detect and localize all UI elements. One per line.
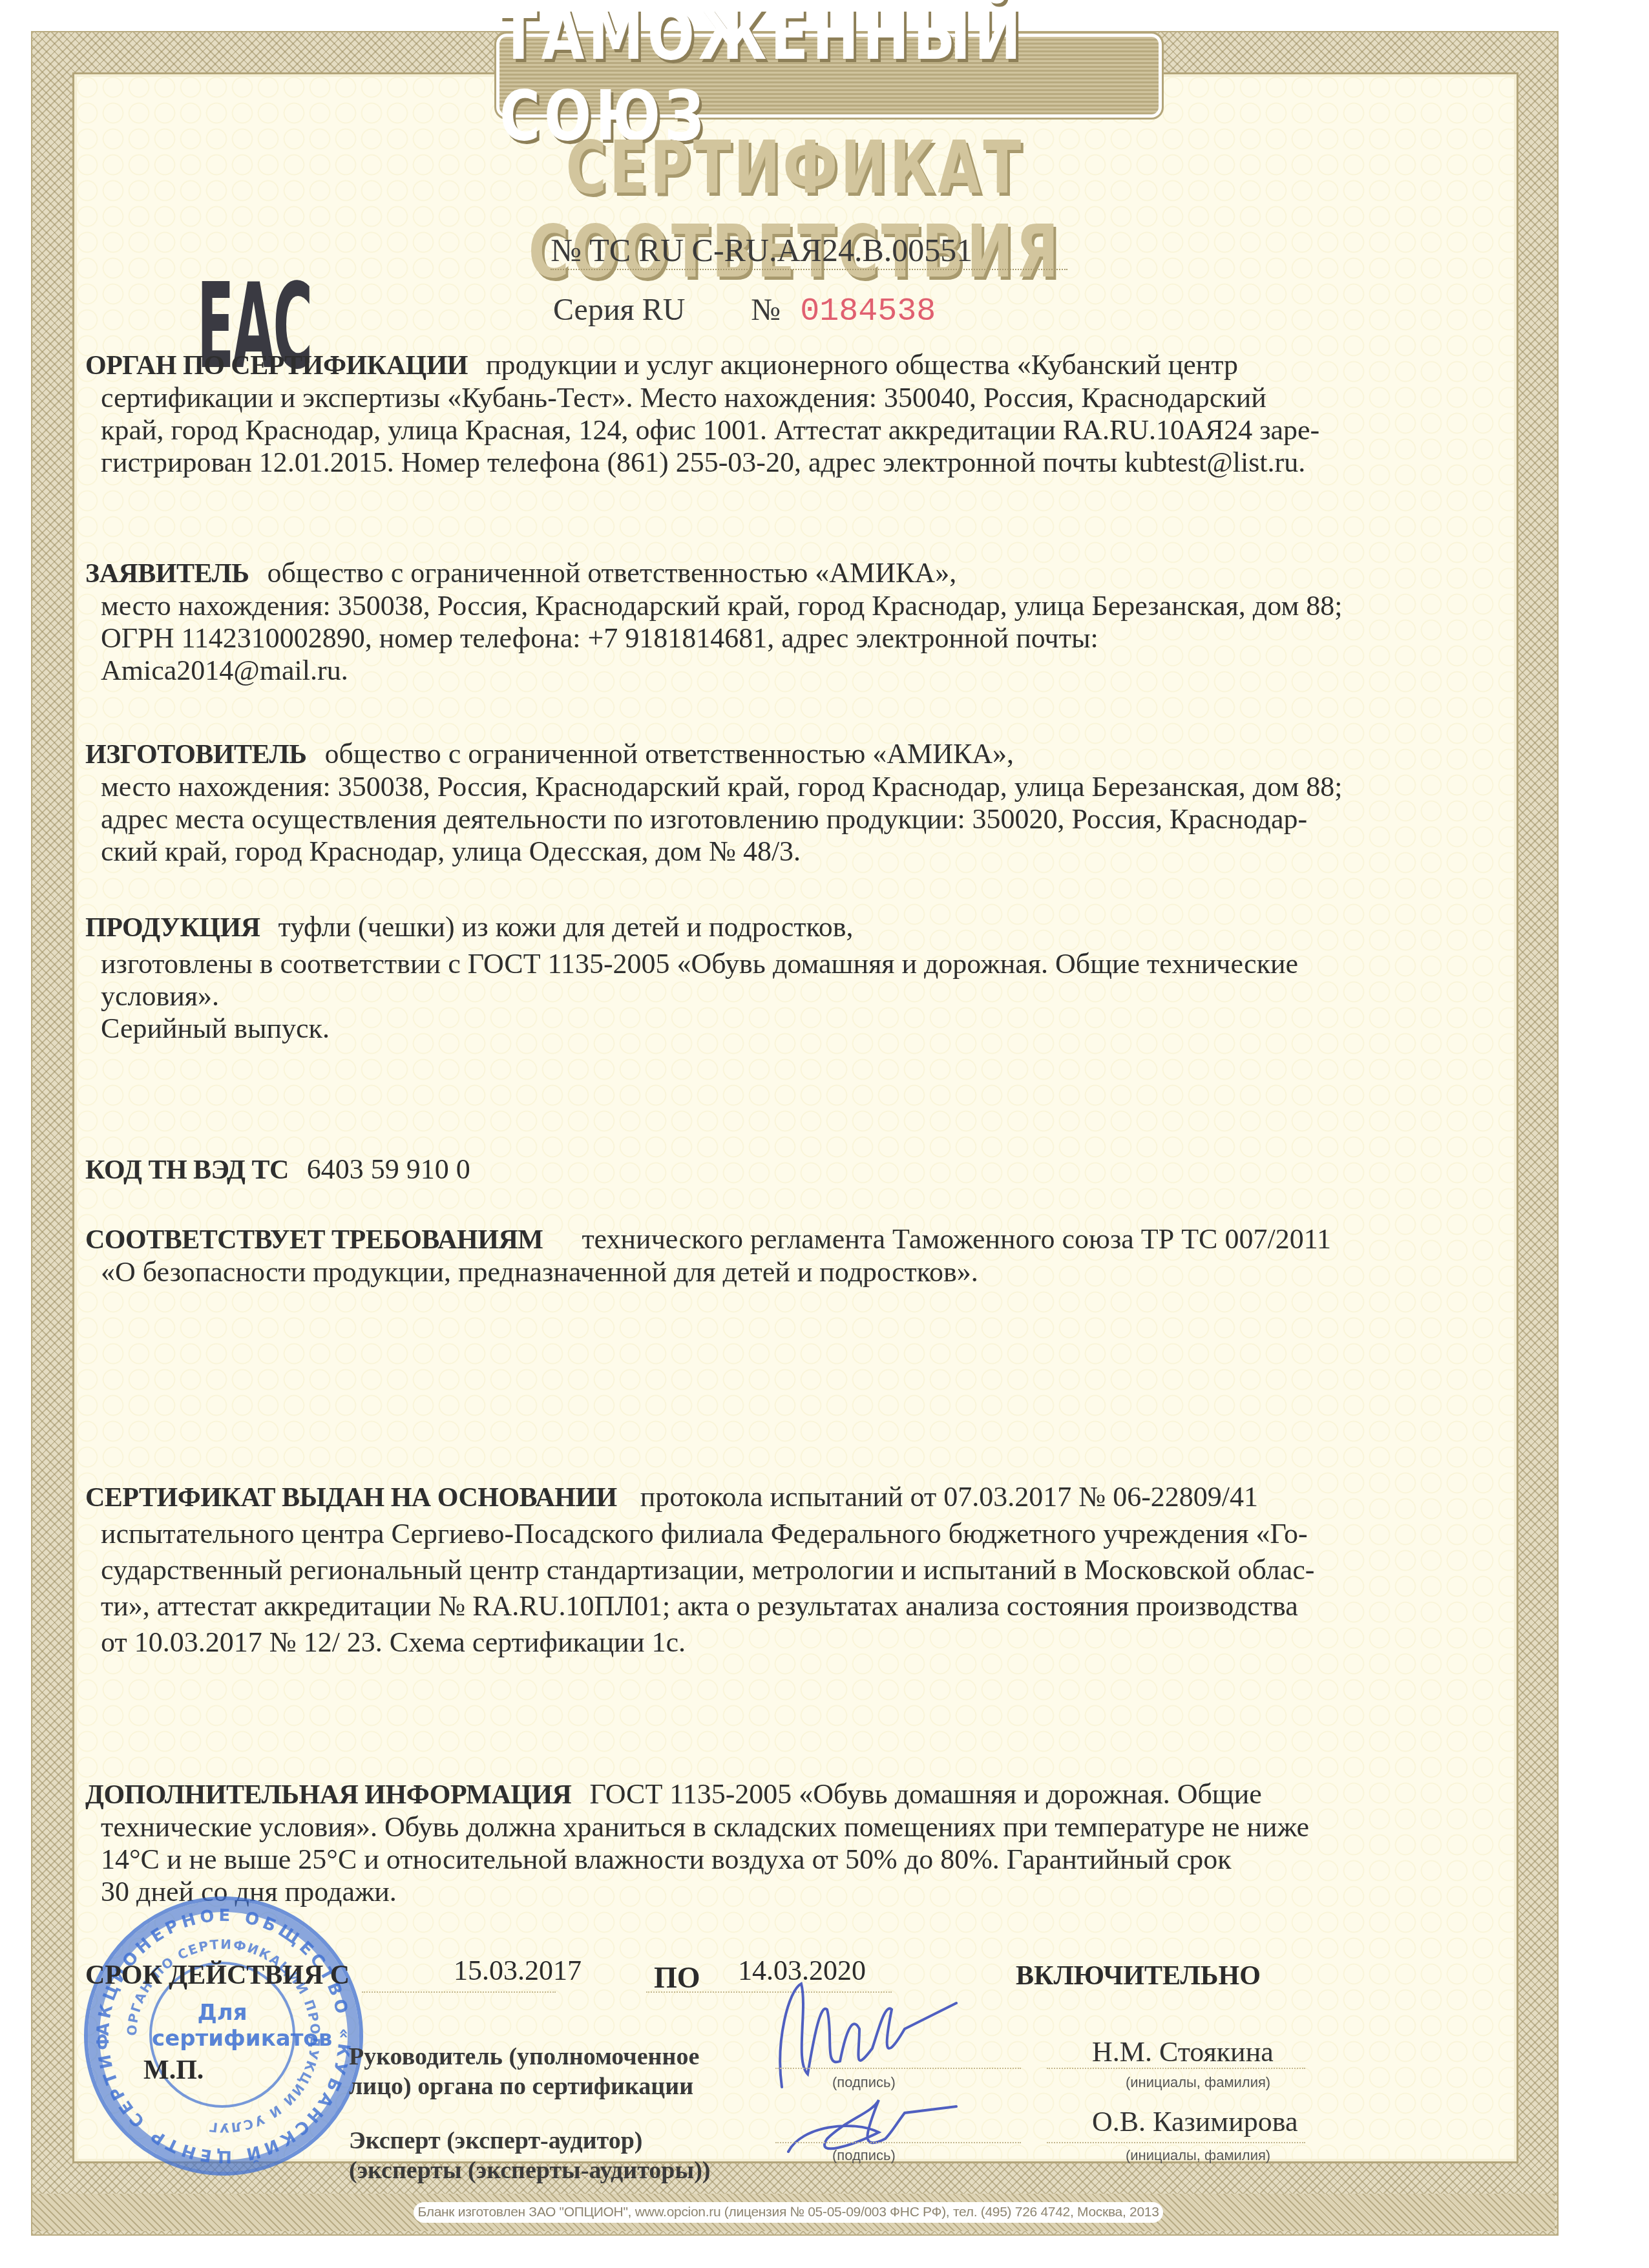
validity-label: СРОК ДЕЙСТВИЯ С <box>85 1960 350 1990</box>
inclusive-label: ВКЛЮЧИТЕЛЬНО <box>1016 1960 1261 1991</box>
section-text: «О безопасности продукции, предназначенн… <box>85 1256 1507 1288</box>
stamp-line: сертификатов <box>152 2026 293 2052</box>
section-label: ЗАЯВИТЕЛЬ <box>85 559 249 589</box>
label-line: (эксперты (эксперты-аудиторы)) <box>349 2156 710 2185</box>
section-label: СЕРТИФИКАТ ВЫДАН НА ОСНОВАНИИ <box>85 1483 617 1513</box>
certification-body-section: ОРГАН ПО СЕРТИФИКАЦИИпродукции и услуг а… <box>85 349 1507 479</box>
series-label: Серия <box>553 293 635 327</box>
head-signatory-label: Руководитель (уполномоченное лицо) орган… <box>349 2042 699 2101</box>
section-text: ГОСТ 1135-2005 «Обувь домашняя и дорожна… <box>589 1778 1261 1810</box>
label-line: Эксперт (эксперт-аудитор) <box>349 2126 710 2156</box>
series-value: RU <box>642 293 686 327</box>
section-text: адрес места осуществления деятельности п… <box>85 803 1507 835</box>
section-text: место нахождения: 350038, Россия, Красно… <box>85 771 1507 803</box>
stamp-center-text: Для сертификатов <box>152 2000 293 2052</box>
section-label: ПРОДУКЦИЯ <box>85 913 260 943</box>
section-label: ИЗГОТОВИТЕЛЬ <box>85 740 307 770</box>
serial-sign: № <box>751 293 781 327</box>
series-row: Серия RU № 0184538 <box>553 292 936 330</box>
additional-info-section: ДОПОЛНИТЕЛЬНАЯ ИНФОРМАЦИЯГОСТ 1135-2005 … <box>85 1778 1507 1908</box>
section-text: технического регламента Таможенного союз… <box>582 1223 1331 1255</box>
section-text: испытательного центра Сергиево-Посадског… <box>85 1518 1507 1550</box>
expert-signatory-label: Эксперт (эксперт-аудитор) (эксперты (экс… <box>349 2126 710 2185</box>
stamp-line: Для <box>152 2000 293 2026</box>
serial-number: 0184538 <box>800 293 936 330</box>
signature-caption: (подпись) <box>832 2147 896 2164</box>
micro-text-line <box>775 2068 1021 2069</box>
section-label: ДОПОЛНИТЕЛЬНАЯ ИНФОРМАЦИЯ <box>85 1780 571 1810</box>
micro-text-line <box>1047 2142 1305 2143</box>
hs-code-value: 6403 59 910 0 <box>307 1153 470 1185</box>
printer-note: Бланк изготовлен ЗАО "ОПЦИОН", www.opcio… <box>414 2202 1163 2223</box>
signature-caption: (подпись) <box>832 2074 896 2091</box>
expert-name: О.В. Казимирова <box>1092 2105 1297 2138</box>
section-text: общество с ограниченной ответственностью… <box>325 738 1014 770</box>
basis-section: СЕРТИФИКАТ ВЫДАН НА ОСНОВАНИИпротокола и… <box>85 1481 1507 1659</box>
section-text: от 10.03.2017 № 12/ 23. Схема сертификац… <box>85 1626 1507 1659</box>
certificate-number: № ТС RU C-RU.АЯ24.В.00551 <box>551 231 972 269</box>
section-text: ОГРН 1142310002890, номер телефона: +7 9… <box>85 622 1507 655</box>
section-text: сертификации и экспертизы «Кубань-Тест».… <box>85 382 1507 414</box>
official-stamp: АКЦИОНЕРНОЕ ОБЩЕСТВО «КУБАНСКИЙ ЦЕНТР СЕ… <box>84 1896 363 2176</box>
micro-text-line <box>362 1991 556 1993</box>
valid-to-label: ПО <box>654 1960 700 1995</box>
name-caption: (инициалы, фамилия) <box>1126 2074 1270 2091</box>
section-text: изготовлены в соответствии с ГОСТ 1135-2… <box>85 948 1507 980</box>
section-text: общество с ограниченной ответственностью… <box>268 557 957 589</box>
applicant-section: ЗАЯВИТЕЛЬобщество с ограниченной ответст… <box>85 557 1507 687</box>
compliance-section: СООТВЕТСТВУЕТ ТРЕБОВАНИЯМтехнического ре… <box>85 1223 1507 1288</box>
section-text: продукции и услуг акционерного общества … <box>486 349 1238 381</box>
section-label: КОД ТН ВЭД ТС <box>85 1155 289 1185</box>
section-text: место нахождения: 350038, Россия, Красно… <box>85 590 1507 622</box>
head-name: Н.М. Стоякина <box>1092 2035 1274 2068</box>
section-text: сударственный региональный центр стандар… <box>85 1554 1507 1586</box>
section-text: гистрирован 12.01.2015. Номер телефона (… <box>85 446 1507 479</box>
valid-from: 15.03.2017 <box>454 1954 582 1987</box>
section-text: технические условия». Обувь должна храни… <box>85 1811 1507 1843</box>
manufacturer-section: ИЗГОТОВИТЕЛЬобщество с ограниченной отве… <box>85 738 1507 868</box>
section-text: протокола испытаний от 07.03.2017 № 06-2… <box>640 1481 1258 1513</box>
micro-text-line <box>775 2142 1021 2143</box>
section-label: СООТВЕТСТВУЕТ ТРЕБОВАНИЯМ <box>85 1225 543 1255</box>
stamp-place-label: М.П. <box>143 2055 204 2086</box>
section-text: ский край, город Краснодар, улица Одесск… <box>85 835 1507 868</box>
section-text: 14°С и не выше 25°С и относительной влаж… <box>85 1843 1507 1876</box>
section-label: ОРГАН ПО СЕРТИФИКАЦИИ <box>85 351 468 381</box>
section-text: край, город Краснодар, улица Красная, 12… <box>85 414 1507 446</box>
section-text: Серийный выпуск. <box>85 1013 1507 1045</box>
name-caption: (инициалы, фамилия) <box>1126 2147 1270 2164</box>
section-text: Amica2014@mail.ru. <box>85 655 1507 687</box>
product-section: ПРОДУКЦИЯтуфли (чешки) из кожи для детей… <box>85 911 1507 1045</box>
section-text: ти», аттестат аккредитации № RA.RU.10ПЛ0… <box>85 1590 1507 1622</box>
section-text: туфли (чешки) из кожи для детей и подрос… <box>278 911 854 943</box>
hs-code-section: КОД ТН ВЭД ТС6403 59 910 0 <box>85 1153 1507 1186</box>
expert-signature <box>775 2087 1021 2171</box>
section-text: условия». <box>85 980 1507 1013</box>
label-line: Руководитель (уполномоченное <box>349 2042 699 2072</box>
micro-text-line <box>1047 2068 1305 2069</box>
label-line: лицо) органа по сертификации <box>349 2072 699 2101</box>
micro-text-line <box>551 269 1067 270</box>
union-banner: ТАМОЖЕННЫЙ СОЮЗ <box>496 34 1162 118</box>
